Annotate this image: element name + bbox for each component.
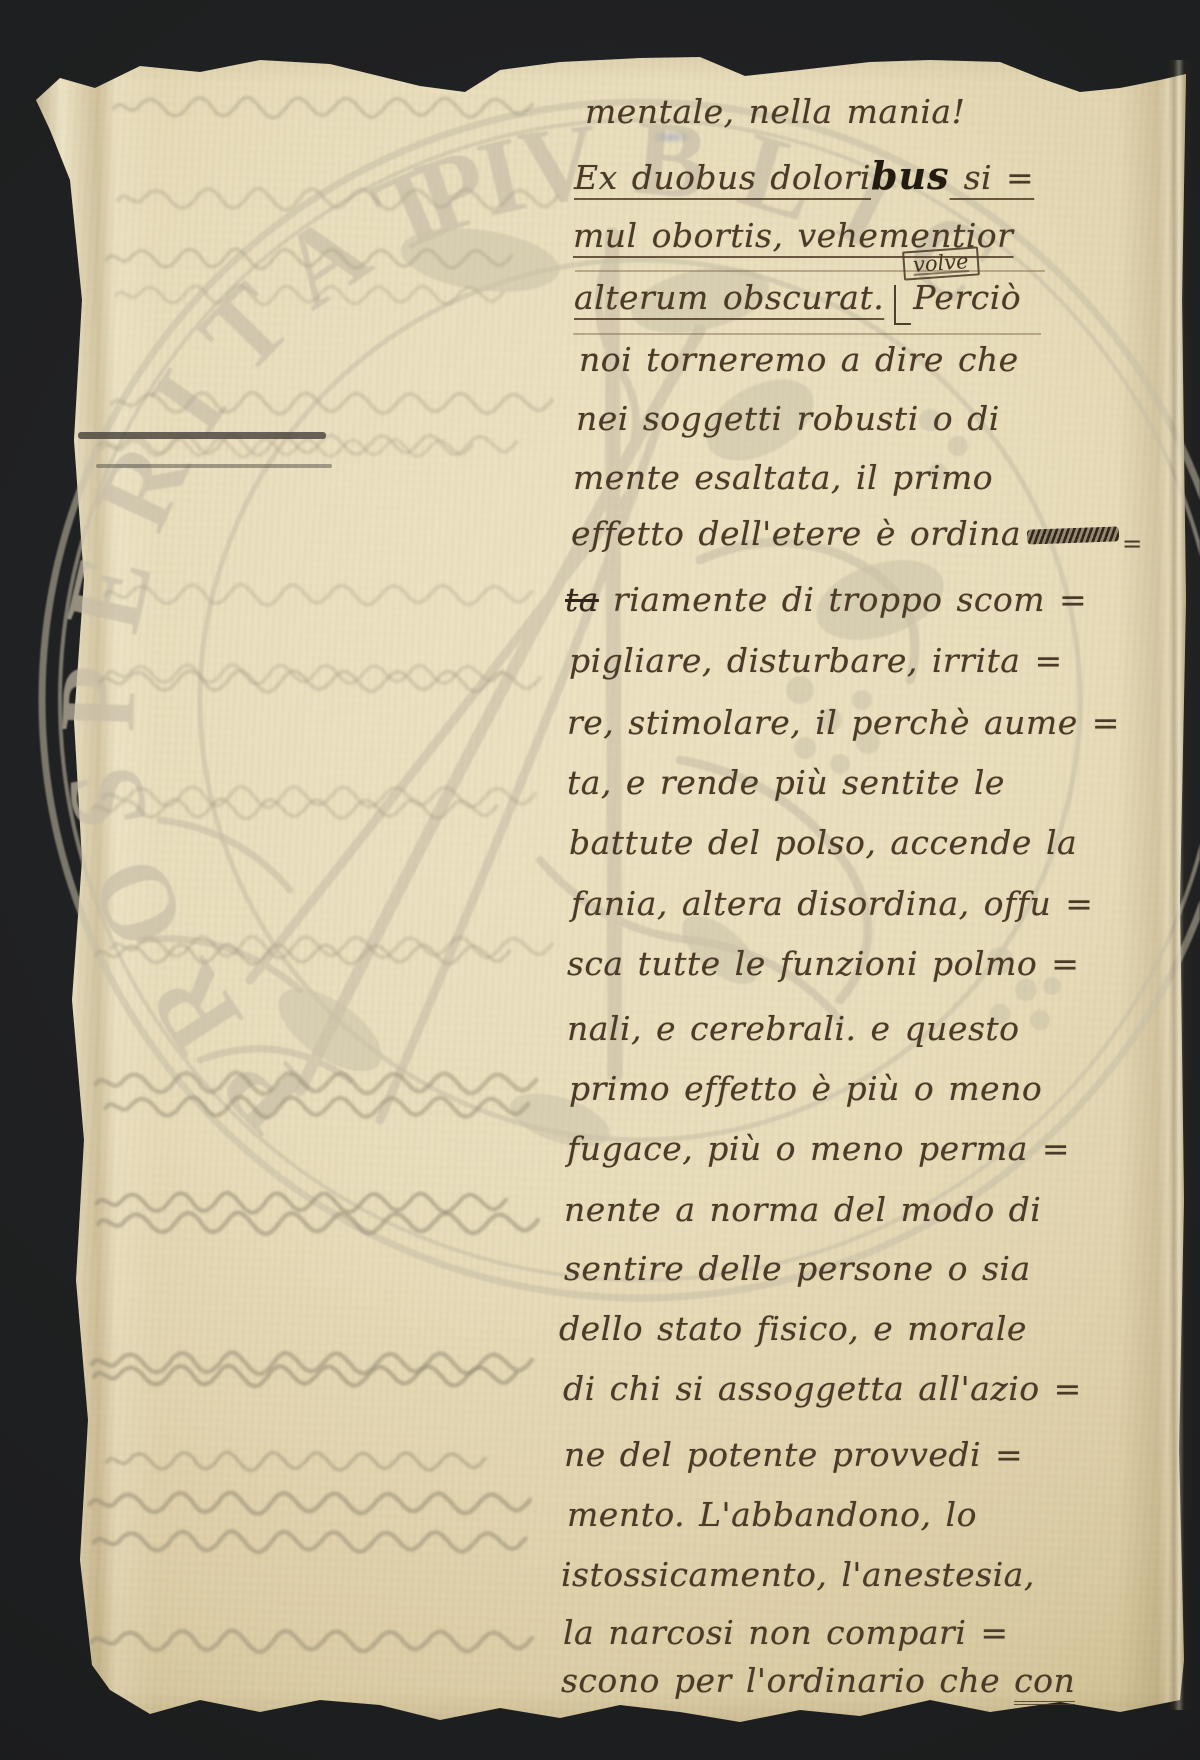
- latin-quote-segment: Ex duobus dolori: [574, 158, 871, 197]
- manuscript-line: pigliare, disturbare, irrita =: [569, 641, 1063, 680]
- latin-quote-segment: si =: [950, 158, 1035, 197]
- manuscript-line: ne del potente provvedi =: [564, 1435, 1023, 1474]
- manuscript-line: fania, altera disordina, offu =: [571, 884, 1093, 923]
- manuscript-line: noi torneremo a dire che: [579, 340, 1019, 379]
- line-text: effetto dell'etere è ordina: [571, 514, 1021, 553]
- pencil-smudge-mark: [78, 432, 326, 439]
- manuscript-line: effetto dell'etere è ordina=: [571, 514, 1140, 553]
- manuscript-line: dello stato fisico, e morale: [559, 1309, 1027, 1348]
- underline-rule: [573, 333, 1041, 335]
- pencil-smudge-mark-2: [96, 464, 332, 468]
- insertion-bracket-mark: [894, 285, 911, 325]
- blue-pencil-mark: [652, 130, 692, 144]
- manuscript-line: nente a norma del modo di: [564, 1190, 1041, 1229]
- manuscript-line: istossicamento, l'anestesia,: [561, 1555, 1035, 1594]
- manuscript-photo: PROSPERITATI PVBLIC: [0, 0, 1200, 1760]
- line-text: riamente di troppo scom =: [599, 580, 1087, 619]
- manuscript-line: mento. L'abbandono, lo: [567, 1495, 977, 1534]
- manuscript-line: ta, e rende più sentite le: [567, 763, 1005, 802]
- manuscript-line: mente esaltata, il primo: [573, 458, 993, 497]
- overwritten-word: bus: [871, 153, 950, 198]
- manuscript-line: fugace, più o meno perma =: [567, 1129, 1070, 1168]
- manuscript-line: sca tutte le funzioni polmo =: [567, 944, 1079, 983]
- manuscript-line: mentale, nella mania!: [585, 92, 965, 131]
- manuscript-line: alterum obscurat.Perciò: [574, 278, 1021, 317]
- line-text: scono per l'ordinario che: [561, 1661, 1014, 1700]
- inserted-word: Perciò: [913, 278, 1021, 317]
- manuscript-line: la narcosi non compari =: [563, 1613, 1009, 1652]
- manuscript-line: scono per l'ordinario che con: [561, 1661, 1075, 1700]
- manuscript-line: primo effetto è più o meno: [569, 1069, 1042, 1108]
- manuscript-line: battute del polso, accende la: [569, 823, 1077, 862]
- manuscript-line: di chi si assoggetta all'azio =: [563, 1369, 1082, 1408]
- manuscript-line: ta riamente di troppo scom =: [565, 580, 1087, 619]
- manuscript-line: sentire delle persone o sia: [564, 1249, 1031, 1288]
- manuscript-line: mul obortis, vehementior: [573, 216, 1013, 255]
- catchword: con: [1014, 1661, 1075, 1705]
- manuscript-line: Ex duobus doloribus si =: [574, 153, 1034, 198]
- manuscript-line: nei soggetti robusti o di: [576, 399, 1000, 438]
- struck-word: ta: [565, 580, 599, 619]
- manuscript-line: re, stimolare, il perchè aume =: [567, 703, 1120, 742]
- latin-quote-segment: alterum obscurat.: [574, 278, 884, 317]
- manuscript-line: nali, e cerebrali. e questo: [567, 1009, 1020, 1048]
- line-break-mark: =: [1122, 530, 1143, 558]
- scratched-out-word-mark: [1027, 526, 1119, 544]
